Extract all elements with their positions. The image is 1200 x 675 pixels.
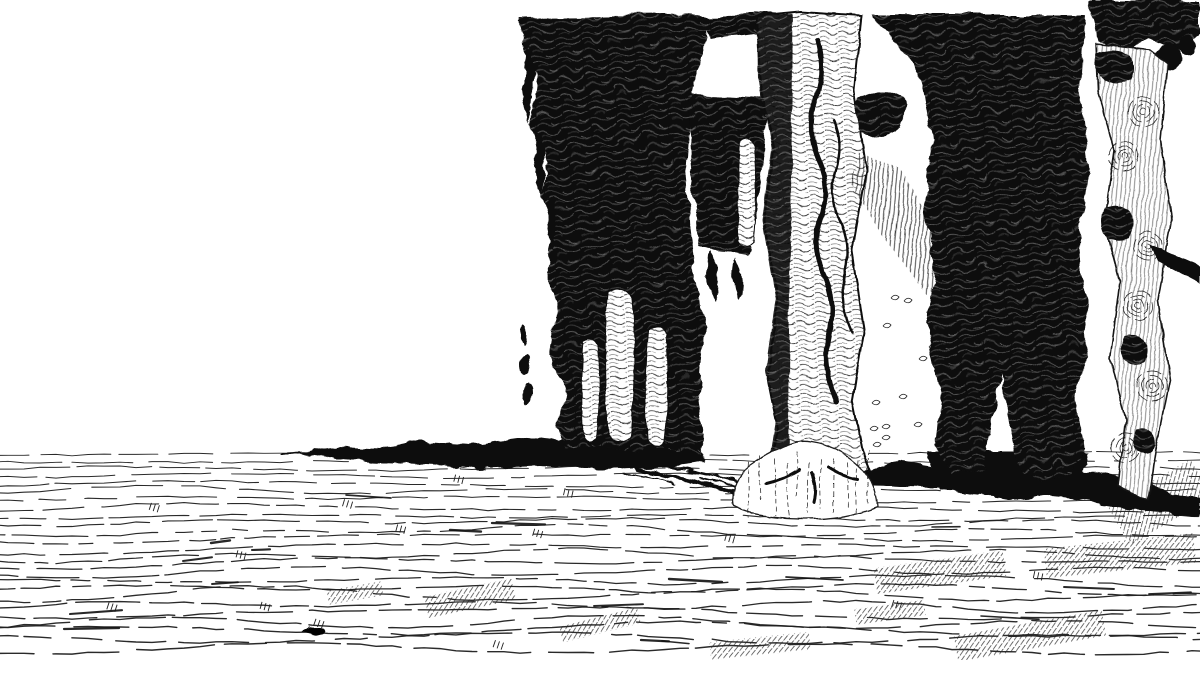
- highlight-pillar-3: [582, 340, 600, 442]
- floating-drip-2: [521, 353, 531, 379]
- pillar-dark-patch-2: [1101, 206, 1133, 241]
- ink-landscape-illustration: [0, 0, 1200, 675]
- sand-ridge-dash: [450, 530, 481, 532]
- highlight-pillar-2: [645, 327, 668, 447]
- pillar-top-knob-2: [1178, 34, 1198, 54]
- floating-drip-1: [520, 323, 527, 345]
- central-trunk: [757, 12, 870, 485]
- sand-ridge-dash: [64, 628, 119, 629]
- sand-ridge-dash: [252, 549, 270, 550]
- highlight-pillar-4: [738, 140, 757, 247]
- ink-landscape-canvas: [0, 0, 1200, 675]
- highlight-pillar-1: [605, 288, 635, 441]
- floating-drip-3: [524, 387, 533, 405]
- sand-ridge-dash: [492, 523, 545, 525]
